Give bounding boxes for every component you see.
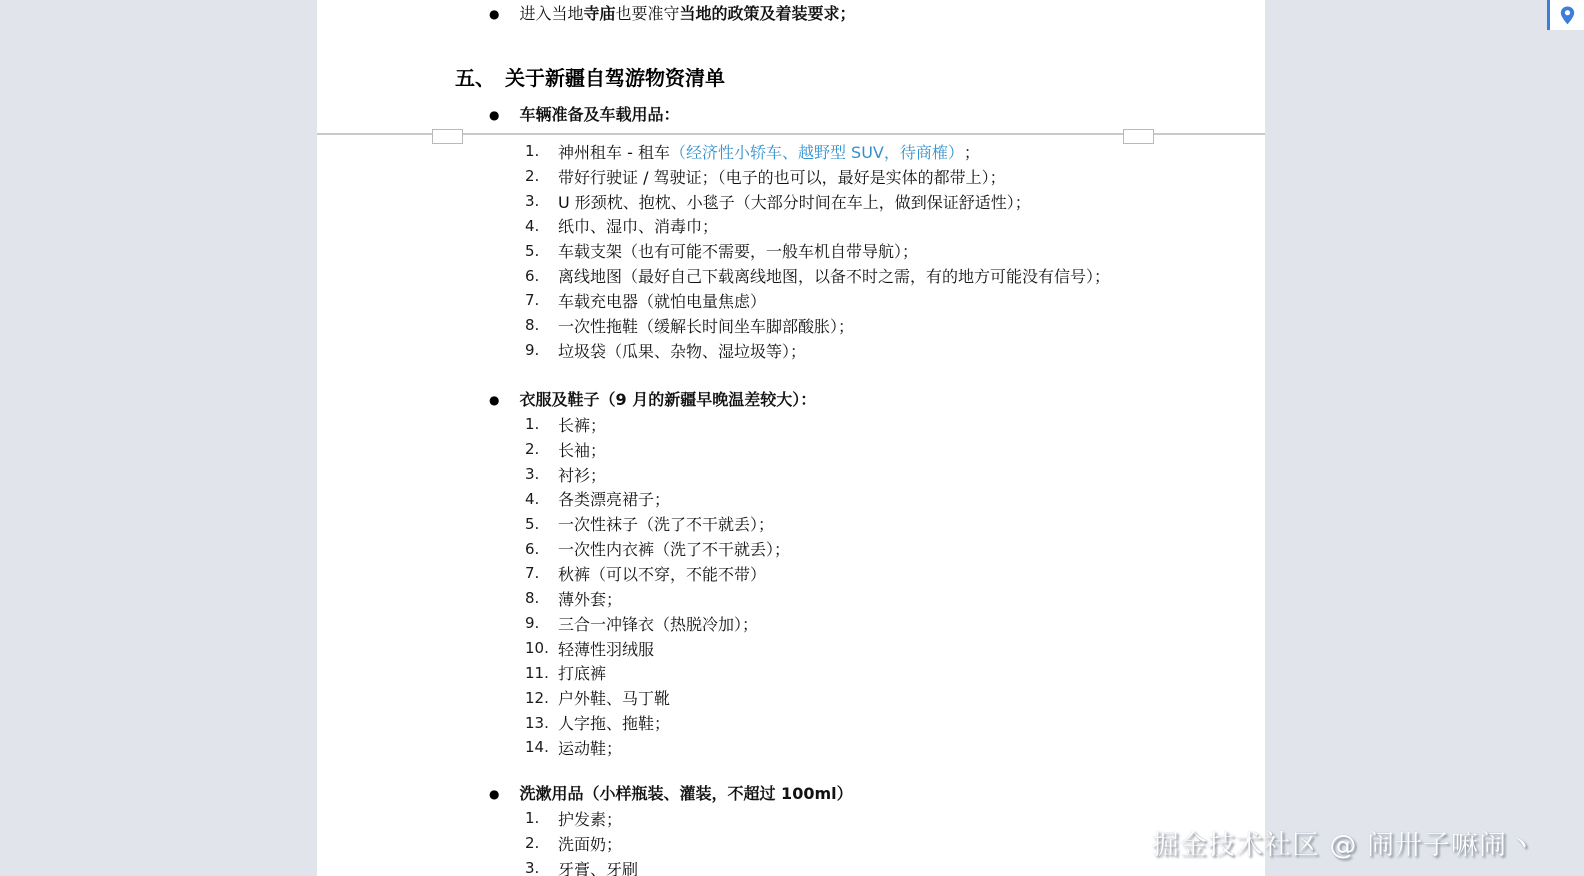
list-item-text: 打底裤	[558, 661, 606, 684]
location-pin-icon	[1560, 6, 1575, 25]
list-item-text: 一次性袜子（洗了不干就丢）；	[558, 512, 774, 535]
bullet-icon: ●	[489, 389, 499, 411]
list-item-number: 5.	[525, 242, 558, 260]
list-item-number: 3.	[525, 465, 558, 483]
subsection-title-vehicle: ● 车辆准备及车载用品：	[489, 104, 680, 126]
list-item: 1. 长裤；	[525, 412, 790, 437]
bullet-icon: ●	[489, 3, 499, 25]
list-item: 2. 洗面奶；	[525, 831, 638, 856]
list-item-number: 8.	[525, 589, 558, 607]
list-item-number: 1.	[525, 142, 558, 160]
list-item: 13. 人字拖、拖鞋；	[525, 710, 790, 735]
list-item-text: 户外鞋、马丁靴	[558, 686, 670, 709]
list-item-number: 1.	[525, 809, 558, 827]
clothing-items-list: 1. 长裤； 2. 长袖； 3. 衬衫； 4. 各类漂亮裙子；	[525, 412, 790, 760]
list-item-number: 6.	[525, 267, 558, 285]
subsection-title-toiletries: ● 洗漱用品（小样瓶装、灌装，不超过 100ml）	[489, 783, 853, 805]
list-item: 10. 轻薄性羽绒服	[525, 636, 790, 661]
list-item-text: U 形颈枕、抱枕、小毯子（大部分时间在车上，做到保证舒适性）；	[558, 190, 1031, 213]
list-item-text: 纸巾、湿巾、消毒巾；	[558, 214, 718, 237]
watermark: 掘金技术社区 @ 闹卅子嘛闹丶	[1152, 823, 1535, 862]
intro-bullet-line: ● 进入当地寺庙也要准守当地的政策及着装要求；	[489, 3, 856, 25]
list-item-number: 3.	[525, 859, 558, 876]
intro-text: 进入当地	[519, 4, 583, 23]
screenshot-root: ● 进入当地寺庙也要准守当地的政策及着装要求； 五、关于新疆自驾游物资清单 ● …	[0, 0, 1584, 876]
list-item-text: 长袖；	[558, 438, 606, 461]
list-item: 9. 三合一冲锋衣（热脱冷加）；	[525, 611, 790, 636]
separator-handle-right	[1123, 129, 1154, 144]
list-item: 8. 一次性拖鞋（缓解长时间坐车脚部酸胀）；	[525, 313, 1110, 338]
list-item-number: 9.	[525, 341, 558, 359]
intro-text: 也要准守	[616, 4, 680, 23]
list-item-text: 一次性拖鞋（缓解长时间坐车脚部酸胀）；	[558, 314, 854, 337]
list-item: 4. 纸巾、湿巾、消毒巾；	[525, 214, 1110, 239]
list-item-text: 一次性内衣裤（洗了不干就丢）；	[558, 537, 790, 560]
list-item: 3. 衬衫；	[525, 462, 790, 487]
list-item-number: 9.	[525, 614, 558, 632]
heading-number: 五、	[455, 66, 495, 90]
intro-text-bold: 当地的政策及着装要求；	[680, 4, 856, 23]
list-item: 3. U 形颈枕、抱枕、小毯子（大部分时间在车上，做到保证舒适性）；	[525, 189, 1110, 214]
pin-button[interactable]	[1547, 0, 1584, 30]
subsection-title-text: 洗漱用品（小样瓶装、灌装，不超过 100ml）	[519, 783, 852, 805]
list-item-text: 车载支架（也有可能不需要，一般车机自带导航）；	[558, 239, 918, 262]
list-item-text: 长裤；	[558, 413, 606, 436]
list-item: 8. 薄外套；	[525, 586, 790, 611]
list-item: 14. 运动鞋；	[525, 735, 790, 760]
list-item-number: 12.	[525, 689, 558, 707]
list-item-number: 7.	[525, 291, 558, 309]
document-page: ● 进入当地寺庙也要准守当地的政策及着装要求； 五、关于新疆自驾游物资清单 ● …	[317, 0, 1265, 876]
list-item-number: 5.	[525, 515, 558, 533]
list-item: 7. 秋裤（可以不穿，不能不带）	[525, 561, 790, 586]
list-item-text: 人字拖、拖鞋；	[558, 711, 670, 734]
list-item: 11. 打底裤	[525, 660, 790, 685]
list-item: 7. 车载充电器（就怕电量焦虑）	[525, 288, 1110, 313]
list-item-text-blue: （经济性小轿车、越野型 SUV，待商榷）	[670, 140, 964, 163]
list-item-number: 2.	[525, 440, 558, 458]
list-item-text: 衬衫；	[558, 463, 606, 486]
list-item: 6. 一次性内衣裤（洗了不干就丢）；	[525, 536, 790, 561]
list-item: 4. 各类漂亮裙子；	[525, 487, 790, 512]
list-item-number: 4.	[525, 490, 558, 508]
intro-text-bold: 寺庙	[584, 4, 616, 23]
list-item: 6. 离线地图（最好自己下载离线地图，以备不时之需，有的地方可能没有信号）；	[525, 263, 1110, 288]
bullet-icon: ●	[489, 783, 499, 805]
list-item-number: 6.	[525, 540, 558, 558]
list-item-number: 2.	[525, 167, 558, 185]
list-item-text: 带好行驶证 / 驾驶证；（电子的也可以，最好是实体的都带上）；	[558, 165, 1006, 188]
subsection-title-clothes: ● 衣服及鞋子（9 月的新疆早晚温差较大）：	[489, 389, 816, 411]
subsection-title-text: 衣服及鞋子（9 月的新疆早晚温差较大）：	[519, 389, 816, 411]
list-item-number: 4.	[525, 217, 558, 235]
list-item: 12. 户外鞋、马丁靴	[525, 685, 790, 710]
list-item-text: 三合一冲锋衣（热脱冷加）；	[558, 612, 758, 635]
list-item-text: 神州租车 - 租车	[558, 140, 670, 163]
toiletries-items-list: 1. 护发素； 2. 洗面奶； 3. 牙膏、牙刷	[525, 806, 638, 876]
list-item: 1. 护发素；	[525, 806, 638, 831]
list-item-number: 7.	[525, 564, 558, 582]
vehicle-items-list: 1. 神州租车 - 租车 （经济性小轿车、越野型 SUV，待商榷） ； 2. 带…	[525, 139, 1110, 363]
list-item-text: 运动鞋；	[558, 736, 622, 759]
list-item-number: 1.	[525, 415, 558, 433]
list-item-text: 牙膏、牙刷	[558, 857, 638, 876]
list-item-number: 8.	[525, 316, 558, 334]
list-item-text: 薄外套；	[558, 587, 622, 610]
list-item-text: 垃圾袋（瓜果、杂物、湿垃圾等）；	[558, 339, 806, 362]
list-item-number: 11.	[525, 664, 558, 682]
list-item-text: 洗面奶；	[558, 832, 622, 855]
list-item-text: 秋裤（可以不穿，不能不带）	[558, 562, 766, 585]
list-item-text: 离线地图（最好自己下载离线地图，以备不时之需，有的地方可能没有信号）；	[558, 264, 1110, 287]
list-item-text: 轻薄性羽绒服	[558, 637, 654, 660]
list-item: 9. 垃圾袋（瓜果、杂物、湿垃圾等）；	[525, 338, 1110, 363]
list-item-number: 13.	[525, 714, 558, 732]
list-item-text: 车载充电器（就怕电量焦虑）	[558, 289, 766, 312]
bullet-icon: ●	[489, 104, 499, 126]
list-item-text: ；	[964, 140, 980, 163]
list-item-number: 14.	[525, 738, 558, 756]
section-heading: 五、关于新疆自驾游物资清单	[455, 62, 725, 91]
list-item-text: 护发素；	[558, 807, 622, 830]
list-item-number: 10.	[525, 639, 558, 657]
list-item: 2. 带好行驶证 / 驾驶证；（电子的也可以，最好是实体的都带上）；	[525, 164, 1110, 189]
subsection-title-text: 车辆准备及车载用品：	[519, 104, 679, 126]
list-item: 5. 一次性袜子（洗了不干就丢）；	[525, 511, 790, 536]
list-item: 1. 神州租车 - 租车 （经济性小轿车、越野型 SUV，待商榷） ；	[525, 139, 1110, 164]
list-item: 2. 长袖；	[525, 437, 790, 462]
list-item: 5. 车载支架（也有可能不需要，一般车机自带导航）；	[525, 238, 1110, 263]
list-item-text: 各类漂亮裙子；	[558, 487, 670, 510]
list-item: 3. 牙膏、牙刷	[525, 856, 638, 876]
list-item-number: 2.	[525, 834, 558, 852]
list-item-number: 3.	[525, 192, 558, 210]
heading-text: 关于新疆自驾游物资清单	[505, 66, 725, 90]
separator-handle-left	[432, 129, 463, 144]
